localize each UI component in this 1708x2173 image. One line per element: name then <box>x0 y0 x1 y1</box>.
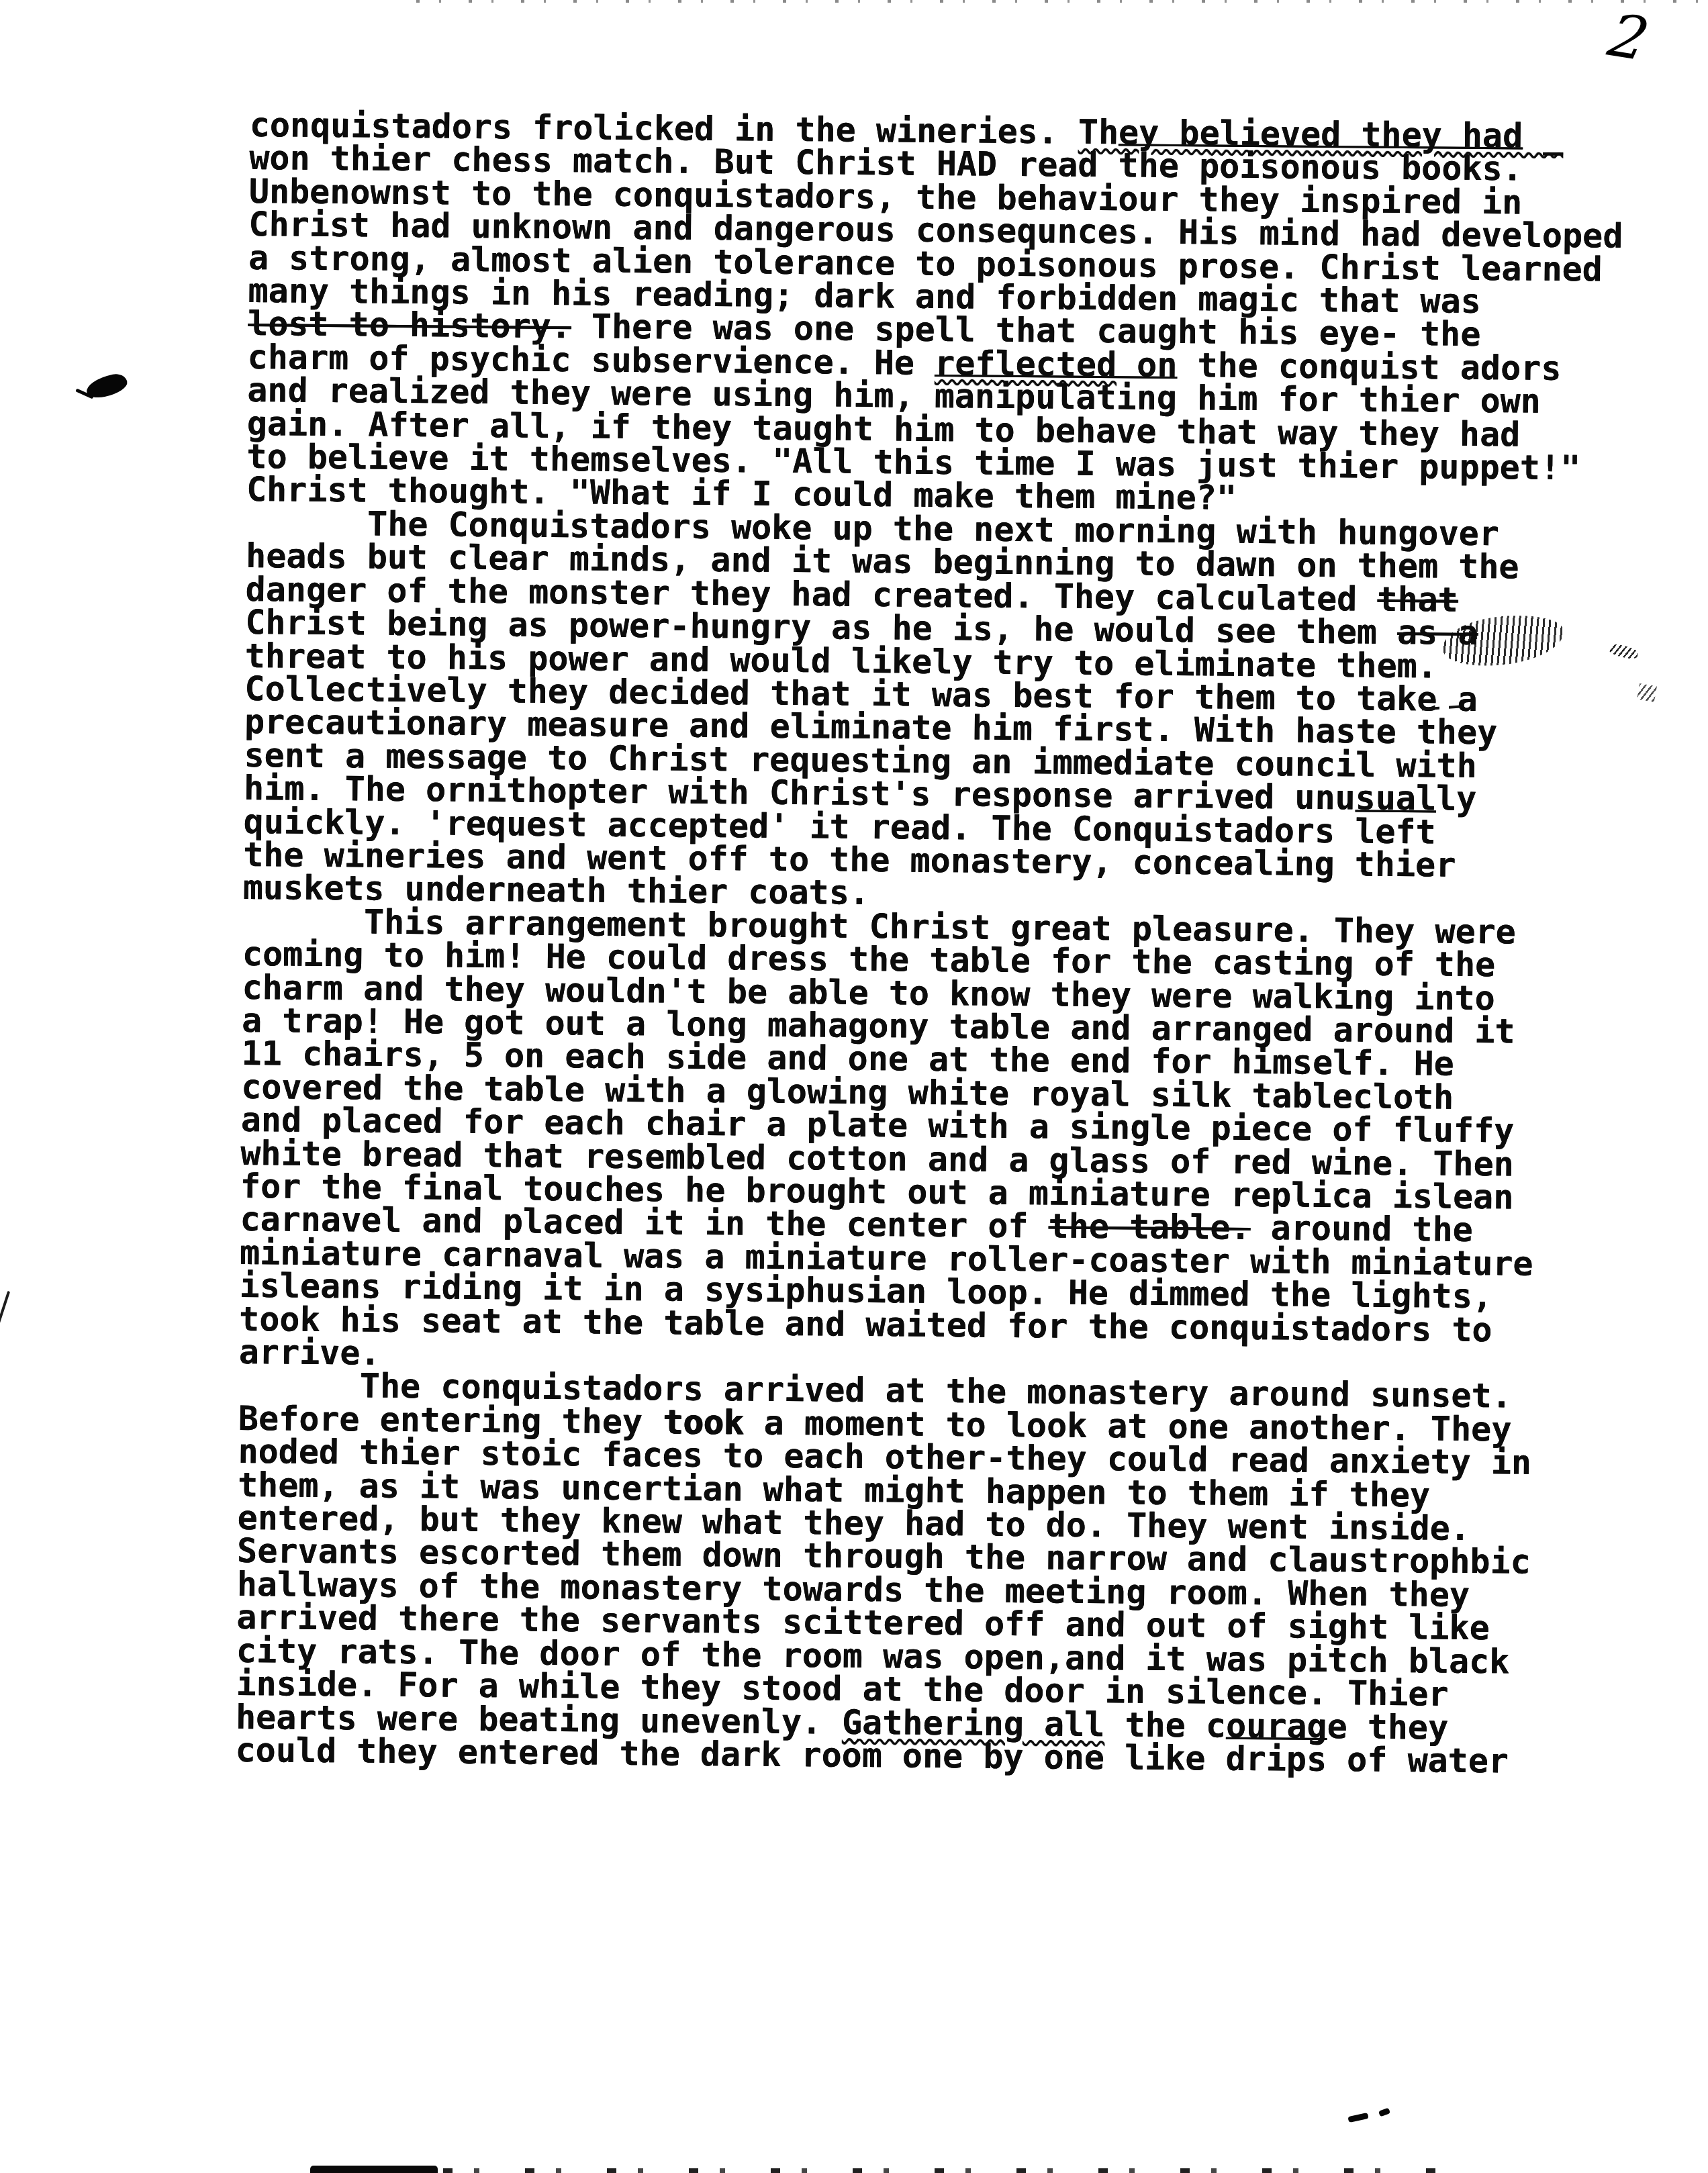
pen-dash <box>1378 2108 1390 2117</box>
page-number: 2 <box>1603 1 1656 74</box>
scanned-page: 2 conquistadors frolicked in the winerie… <box>0 0 1708 2173</box>
bottom-edge-smudge <box>310 2166 438 2173</box>
bottom-edge-smudge <box>443 2168 1437 2173</box>
scan-edge-specks <box>416 0 1708 3</box>
text-line: could they entered the dark room one by … <box>235 1734 1645 1780</box>
text-segment: drips <box>1225 1739 1327 1779</box>
text-segment: of water <box>1327 1740 1509 1780</box>
typewritten-text: conquistadors frolicked in the wineries.… <box>235 109 1659 1780</box>
margin-slash-mark <box>0 1291 10 1330</box>
pen-dash <box>1347 2113 1368 2123</box>
text-segment: could they entered the dark room one by … <box>235 1731 1225 1778</box>
margin-scuff <box>1637 683 1657 702</box>
